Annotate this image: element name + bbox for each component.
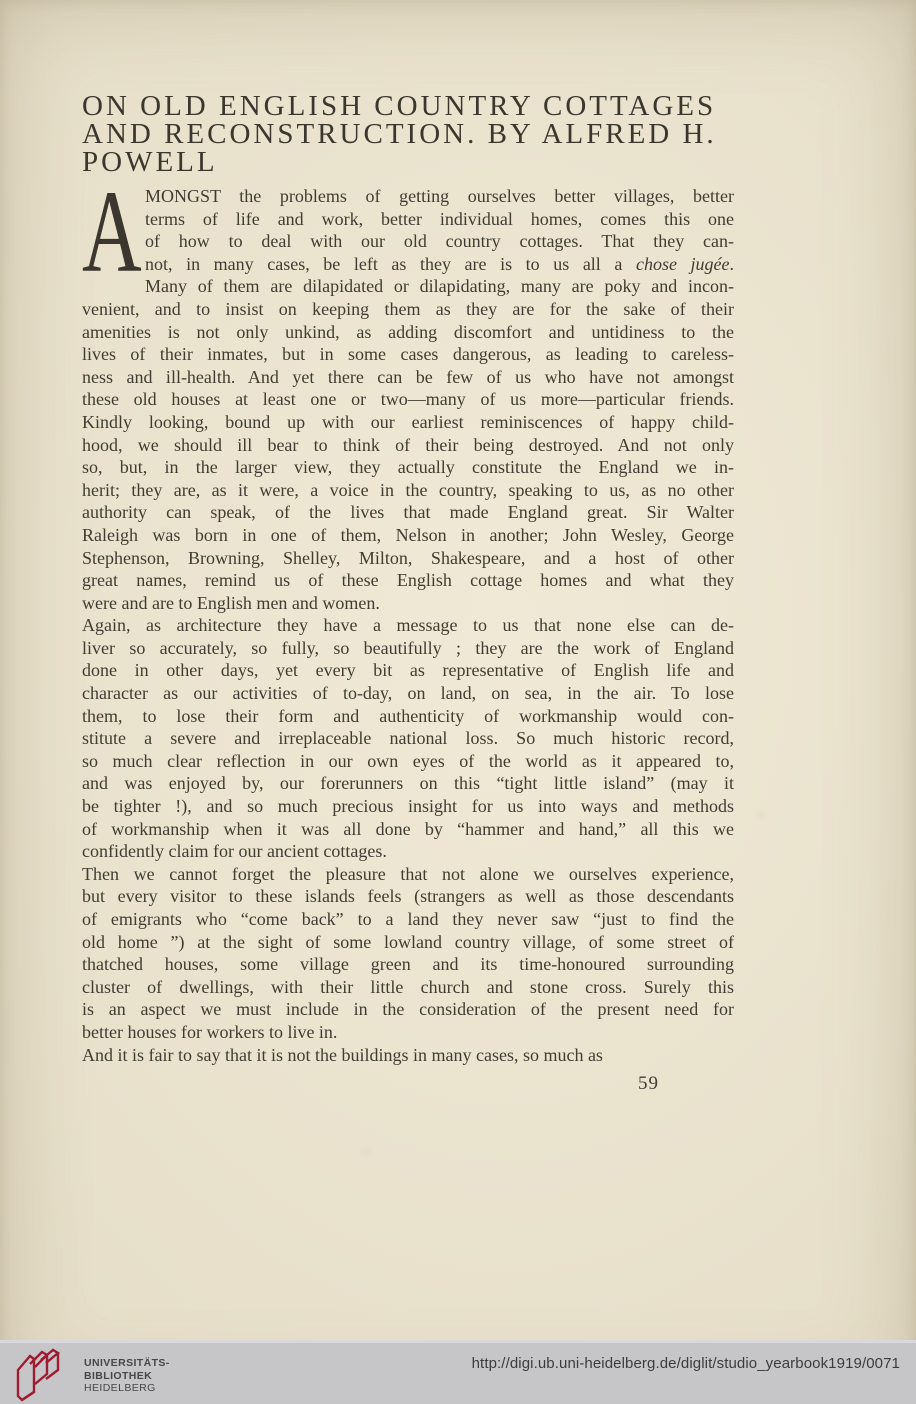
text-line: of how to deal with our old country cott… [82,230,734,253]
text-line: Raleigh was born in one of them, Nelson … [82,524,734,547]
text-line: of emigrants who “come back” to a land t… [82,908,734,931]
text-line: Again, as architecture they have a messa… [82,614,734,637]
text-line: Many of them are dilapidated or dilapida… [82,275,734,298]
text-line: were and are to English men and women. [82,592,734,615]
text-line: be tighter !), and so much precious insi… [82,795,734,818]
library-name-line-3: HEIDELBERG [84,1382,170,1395]
text-line: authority can speak, of the lives that m… [82,501,734,524]
text-line: great names, remind us of these English … [82,569,734,592]
text-line: thatched houses, some village green and … [82,953,734,976]
text-line: so, but, in the larger view, they actual… [82,456,734,479]
page-text-block: ON OLD ENGLISH COUNTRY COTTAGES AND RECO… [82,92,734,1095]
text-line: and was enjoyed by, our forerunners on t… [82,772,734,795]
text-line: MONGST the problems of getting ourselves… [82,185,734,208]
text-line: ness and ill-health. And yet there can b… [82,366,734,389]
page-number: 59 [82,1073,734,1095]
body-text: A MONGST the problems of getting ourselv… [82,185,734,1066]
text-line: these old houses at least one or two—man… [82,388,734,411]
text-line: them, to lose their form and authenticit… [82,705,734,728]
text-line: lives of their inmates, but in some case… [82,343,734,366]
text-line: but every visitor to these islands feels… [82,885,734,908]
text-line: old home ”) at the sight of some lowland… [82,931,734,954]
library-logo: UNIVERSITÄTS- BIBLIOTHEK HEIDELBERG [0,1343,170,1402]
library-name-line-2: BIBLIOTHEK [84,1370,170,1383]
text-line: of workmanship when it was all done by “… [82,818,734,841]
drop-cap-letter: A [82,188,124,278]
text-line: liver so accurately, so fully, so beauti… [82,637,734,660]
text-line: venient, and to insist on keeping them a… [82,298,734,321]
article-title-line-2: AND RECONSTRUCTION. BY ALFRED H. [82,120,734,148]
text-line: herit; they are, as it were, a voice in … [82,479,734,502]
text-line: hood, we should ill bear to think of the… [82,434,734,457]
text-line: so much clear reflection in our own eyes… [82,750,734,773]
text-line: stitute a severe and irreplaceable natio… [82,727,734,750]
article-title-line-3: POWELL [82,148,734,176]
stacked-books-icon [10,1348,72,1402]
text-line: Kindly looking, bound up with our earlie… [82,411,734,434]
text-line: better houses for workers to live in. [82,1021,734,1044]
text-line: character as our activities of to-day, o… [82,682,734,705]
text-line: terms of life and work, better individua… [82,208,734,231]
text-line: And it is fair to say that it is not the… [82,1044,734,1067]
text-line: amenities is not only unkind, as adding … [82,321,734,344]
text-line: not, in many cases, be left as they are … [82,253,734,276]
text-line: is an aspect we must include in the cons… [82,998,734,1021]
source-url: http://digi.ub.uni-heidelberg.de/diglit/… [472,1343,916,1372]
footer-bar: UNIVERSITÄTS- BIBLIOTHEK HEIDELBERG http… [0,1340,916,1404]
text-line: Then we cannot forget the pleasure that … [82,863,734,886]
library-name-line-1: UNIVERSITÄTS- [84,1357,170,1370]
text-line: Stephenson, Browning, Shelley, Milton, S… [82,547,734,570]
library-name: UNIVERSITÄTS- BIBLIOTHEK HEIDELBERG [84,1357,170,1395]
text-line: done in other days, yet every bit as rep… [82,659,734,682]
article-title-line-1: ON OLD ENGLISH COUNTRY COTTAGES [82,92,734,120]
text-line: cluster of dwellings, with their little … [82,976,734,999]
text-line: confidently claim for our ancient cottag… [82,840,734,863]
article-title: ON OLD ENGLISH COUNTRY COTTAGES AND RECO… [82,92,734,176]
